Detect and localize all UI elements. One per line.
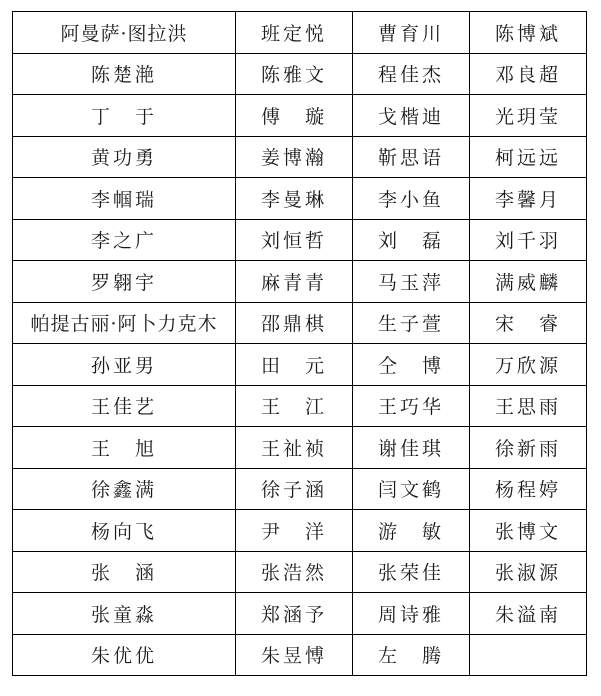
- name-cell: 张童淼: [13, 593, 236, 635]
- table-row: 徐鑫满徐子涵闫文鹤杨程婷: [13, 468, 587, 510]
- name-cell: 张浩然: [236, 551, 353, 593]
- name-cell: 徐新雨: [470, 427, 587, 469]
- name-cell: 仝 博: [353, 344, 470, 386]
- table-row: 孙亚男田 元仝 博万欣源: [13, 344, 587, 386]
- name-cell: 戈楷迪: [353, 95, 470, 137]
- name-cell: 曹育川: [353, 12, 470, 54]
- name-cell: 黄功勇: [13, 136, 236, 178]
- name-cell: 满威麟: [470, 261, 587, 303]
- table-row: 杨向飞尹 洋游 敏张博文: [13, 510, 587, 552]
- name-cell: 王佳艺: [13, 385, 236, 427]
- table-row: 帕提古丽·阿卜力克木邵鼎棋生子萱宋 睿: [13, 302, 587, 344]
- name-cell: 麻青青: [236, 261, 353, 303]
- table-row: 陈楚滟陈雅文程佳杰邓良超: [13, 53, 587, 95]
- name-cell: 尹 洋: [236, 510, 353, 552]
- table-row: 李帼瑞李曼琳李小鱼李馨月: [13, 178, 587, 220]
- table-row: 朱优优朱昱愽左 腾: [13, 634, 587, 676]
- name-cell: 刘 磊: [353, 219, 470, 261]
- name-cell: 王 江: [236, 385, 353, 427]
- name-cell: 张荣佳: [353, 551, 470, 593]
- name-cell: 李小鱼: [353, 178, 470, 220]
- name-cell: 陈楚滟: [13, 53, 236, 95]
- table-row: 王佳艺王 江王巧华王思雨: [13, 385, 587, 427]
- name-cell: 朱优优: [13, 634, 236, 676]
- name-cell: 田 元: [236, 344, 353, 386]
- table-row: 张童淼郑涵予周诗雅朱溢南: [13, 593, 587, 635]
- name-cell: 阿曼萨·图拉洪: [13, 12, 236, 54]
- name-cell: 李曼琳: [236, 178, 353, 220]
- name-cell: 徐鑫满: [13, 468, 236, 510]
- name-cell: 李之广: [13, 219, 236, 261]
- name-cell: 傅 璇: [236, 95, 353, 137]
- name-cell: 王巧华: [353, 385, 470, 427]
- name-cell: 李帼瑞: [13, 178, 236, 220]
- name-cell: 靳思语: [353, 136, 470, 178]
- name-cell: 班定悦: [236, 12, 353, 54]
- table-row: 丁 于傅 璇戈楷迪光玥莹: [13, 95, 587, 137]
- name-cell: 郑涵予: [236, 593, 353, 635]
- name-cell: 徐子涵: [236, 468, 353, 510]
- name-cell: 王思雨: [470, 385, 587, 427]
- name-cell: 姜博瀚: [236, 136, 353, 178]
- name-cell: 宋 睿: [470, 302, 587, 344]
- name-cell: 陈雅文: [236, 53, 353, 95]
- table-row: 张 涵张浩然张荣佳张淑源: [13, 551, 587, 593]
- name-cell: 马玉萍: [353, 261, 470, 303]
- name-cell: [470, 634, 587, 676]
- name-cell: 游 敏: [353, 510, 470, 552]
- table-row: 阿曼萨·图拉洪班定悦曹育川陈博斌: [13, 12, 587, 54]
- name-cell: 张淑源: [470, 551, 587, 593]
- table-row: 黄功勇姜博瀚靳思语柯远远: [13, 136, 587, 178]
- name-cell: 万欣源: [470, 344, 587, 386]
- name-cell: 帕提古丽·阿卜力克木: [13, 302, 236, 344]
- name-cell: 杨向飞: [13, 510, 236, 552]
- name-list-table: 阿曼萨·图拉洪班定悦曹育川陈博斌陈楚滟陈雅文程佳杰邓良超丁 于傅 璇戈楷迪光玥莹…: [12, 11, 587, 676]
- name-cell: 张 涵: [13, 551, 236, 593]
- name-cell: 罗翱宇: [13, 261, 236, 303]
- name-cell: 柯远远: [470, 136, 587, 178]
- name-cell: 陈博斌: [470, 12, 587, 54]
- name-cell: 张博文: [470, 510, 587, 552]
- name-cell: 谢佳琪: [353, 427, 470, 469]
- name-cell: 丁 于: [13, 95, 236, 137]
- name-cell: 生子萱: [353, 302, 470, 344]
- name-cell: 孙亚男: [13, 344, 236, 386]
- name-cell: 朱昱愽: [236, 634, 353, 676]
- name-cell: 闫文鹤: [353, 468, 470, 510]
- name-cell: 程佳杰: [353, 53, 470, 95]
- name-cell: 邵鼎棋: [236, 302, 353, 344]
- table-row: 罗翱宇麻青青马玉萍满威麟: [13, 261, 587, 303]
- name-cell: 左 腾: [353, 634, 470, 676]
- name-cell: 周诗雅: [353, 593, 470, 635]
- name-cell: 朱溢南: [470, 593, 587, 635]
- name-cell: 刘千羽: [470, 219, 587, 261]
- name-cell: 刘恒哲: [236, 219, 353, 261]
- name-cell: 杨程婷: [470, 468, 587, 510]
- table-body: 阿曼萨·图拉洪班定悦曹育川陈博斌陈楚滟陈雅文程佳杰邓良超丁 于傅 璇戈楷迪光玥莹…: [13, 12, 587, 676]
- name-cell: 王 旭: [13, 427, 236, 469]
- table-row: 王 旭王祉祯谢佳琪徐新雨: [13, 427, 587, 469]
- name-cell: 李馨月: [470, 178, 587, 220]
- name-cell: 王祉祯: [236, 427, 353, 469]
- table-row: 李之广刘恒哲刘 磊刘千羽: [13, 219, 587, 261]
- name-cell: 邓良超: [470, 53, 587, 95]
- name-cell: 光玥莹: [470, 95, 587, 137]
